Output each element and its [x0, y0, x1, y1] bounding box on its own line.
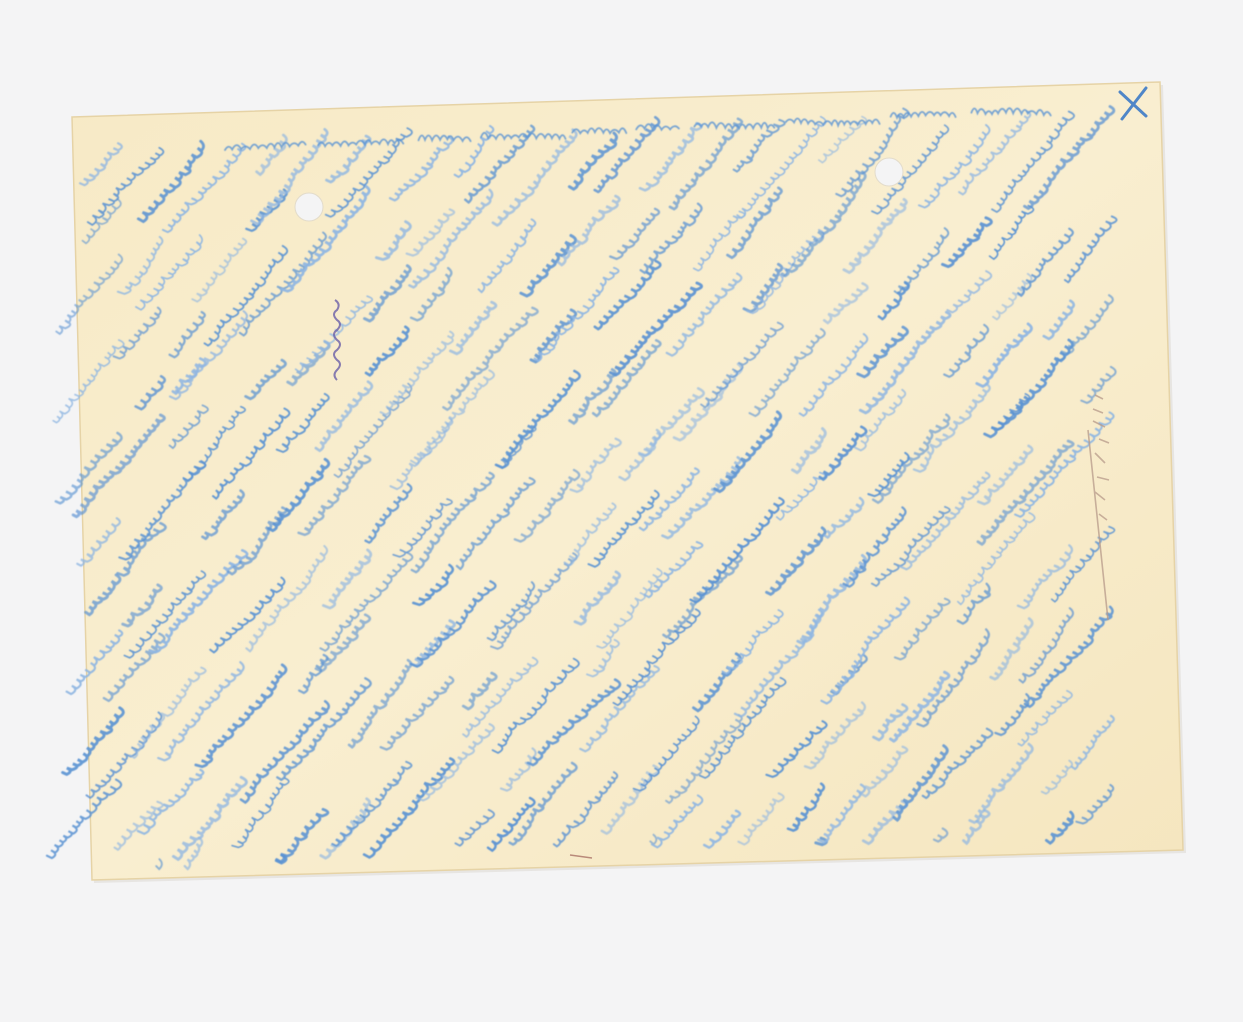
- postcard-paper: [72, 82, 1183, 880]
- punch-hole-right: [875, 158, 903, 186]
- punch-hole-left: [295, 193, 323, 221]
- postcard-svg: [0, 0, 1243, 1022]
- document-scan: Scan of a handwritten postcard in blue i…: [0, 0, 1243, 1022]
